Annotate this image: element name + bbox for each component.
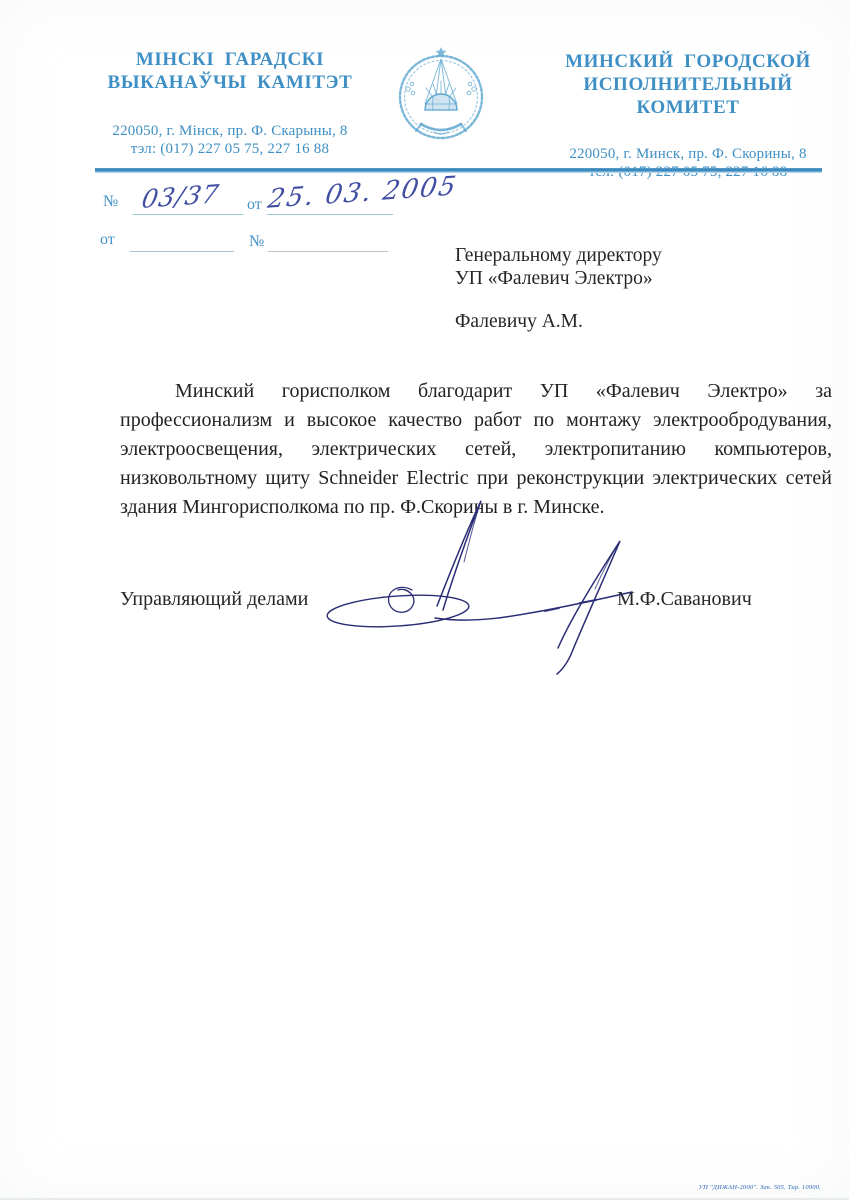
org-address-ru: 220050, г. Минск, пр. Ф. Скорины, 8 тел:…: [538, 145, 838, 181]
recipient-line3: Фалевичу А.М.: [455, 310, 662, 333]
ref-row2-from-label: от: [100, 231, 115, 249]
ref-no-label: №: [103, 193, 118, 211]
ref-row2-from-underline: [130, 250, 234, 252]
org-address-ru-line1: 220050, г. Минск, пр. Ф. Скорины, 8: [538, 145, 838, 163]
signer-position-title: Управляющий делами: [120, 588, 308, 611]
org-header-right: МИНСКИЙ ГОРОДСКОЙ ИСПОЛНИТЕЛЬНЫЙ КОМИТЕТ…: [538, 50, 838, 181]
org-title-ru-line2: ИСПОЛНИТЕЛЬНЫЙ КОМИТЕТ: [538, 73, 838, 119]
handwritten-signature-icon: [300, 470, 680, 710]
ref-row2-no-label: №: [249, 233, 264, 251]
recipient-line2: УП «Фалевич Электро»: [455, 267, 662, 290]
org-title-by-line1: МІНСКІ ГАРАДСКІ: [92, 48, 368, 71]
org-title-by-line2: ВЫКАНАЎЧЫ КАМІТЭТ: [92, 71, 368, 94]
handwritten-ref-number: 03/37: [139, 179, 221, 214]
recipient-line1: Генеральному директору: [455, 244, 662, 267]
org-title-by: МІНСКІ ГАРАДСКІ ВЫКАНАЎЧЫ КАМІТЭТ: [92, 48, 368, 94]
org-title-ru-line1: МИНСКИЙ ГОРОДСКОЙ: [538, 50, 838, 73]
org-title-ru: МИНСКИЙ ГОРОДСКОЙ ИСПОЛНИТЕЛЬНЫЙ КОМИТЕТ: [538, 50, 838, 119]
org-address-by: 220050, г. Мінск, пр. Ф. Скарыны, 8 тэл:…: [92, 122, 368, 158]
org-address-by-line1: 220050, г. Мінск, пр. Ф. Скарыны, 8: [92, 122, 368, 140]
belarus-coat-of-arms-icon: [396, 44, 486, 146]
print-shop-info: УП "ДИЖАН-2000". Зак. 505. Тир. 10000.: [699, 1184, 821, 1191]
letter-page: МІНСКІ ГАРАДСКІ ВЫКАНАЎЧЫ КАМІТЭТ 220050…: [0, 0, 849, 1200]
ref-row2-no-underline: [268, 250, 388, 252]
org-header-left: МІНСКІ ГАРАДСКІ ВЫКАНАЎЧЫ КАМІТЭТ 220050…: [92, 48, 368, 158]
recipient-block: Генеральному директору УП «Фалевич Элект…: [455, 244, 662, 333]
org-address-by-line2: тэл: (017) 227 05 75, 227 16 88: [92, 140, 368, 158]
ref-from-label: от: [247, 196, 262, 214]
handwritten-ref-date: 25. 03. 2005: [266, 171, 460, 215]
ref-no-underline: [133, 213, 243, 215]
